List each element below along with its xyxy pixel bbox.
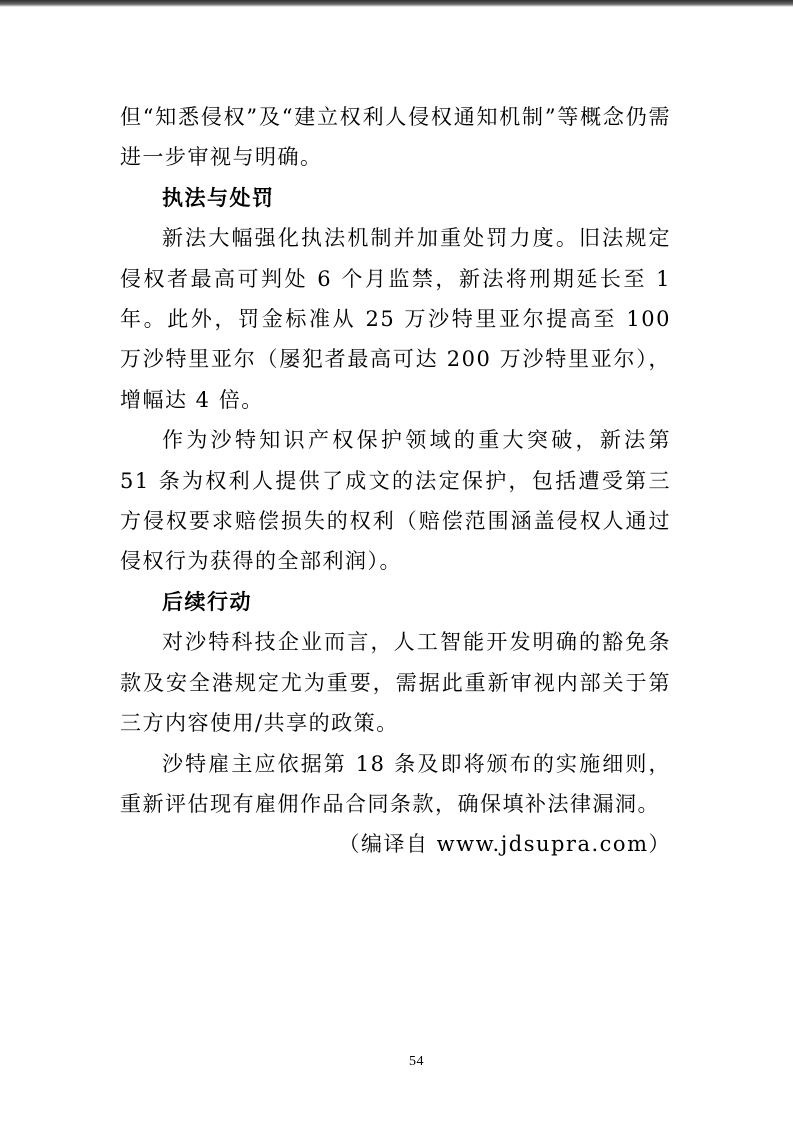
section-heading-enforcement: 执法与处罚 (120, 178, 671, 218)
attribution-line: （编译自 www.jdsupra.com） (120, 824, 671, 864)
section-heading-followup: 后续行动 (120, 582, 671, 622)
continuation-paragraph: 但“知悉侵权”及“建立权利人侵权通知机制”等概念仍需进一步审视与明确。 (120, 97, 671, 178)
body-paragraph-enforcement-1: 新法大幅强化执法机制并加重处罚力度。旧法规定侵权者最高可判处 6 个月监禁，新法… (120, 218, 671, 420)
page-number: 54 (409, 1054, 424, 1069)
document-page: 但“知悉侵权”及“建立权利人侵权通知机制”等概念仍需进一步审视与明确。 执法与处… (0, 0, 793, 1122)
screenshot-top-edge (0, 0, 793, 7)
body-paragraph-enforcement-2: 作为沙特知识产权保护领域的重大突破，新法第 51 条为权利人提供了成文的法定保护… (120, 420, 671, 582)
body-paragraph-followup-1: 对沙特科技企业而言，人工智能开发明确的豁免条款及安全港规定尤为重要，需据此重新审… (120, 622, 671, 743)
page-footer: 54 (40, 1054, 793, 1070)
body-paragraph-followup-2: 沙特雇主应依据第 18 条及即将颁布的实施细则，重新评估现有雇佣作品合同条款，确… (120, 744, 671, 825)
page-body: 但“知悉侵权”及“建立权利人侵权通知机制”等概念仍需进一步审视与明确。 执法与处… (120, 97, 671, 865)
